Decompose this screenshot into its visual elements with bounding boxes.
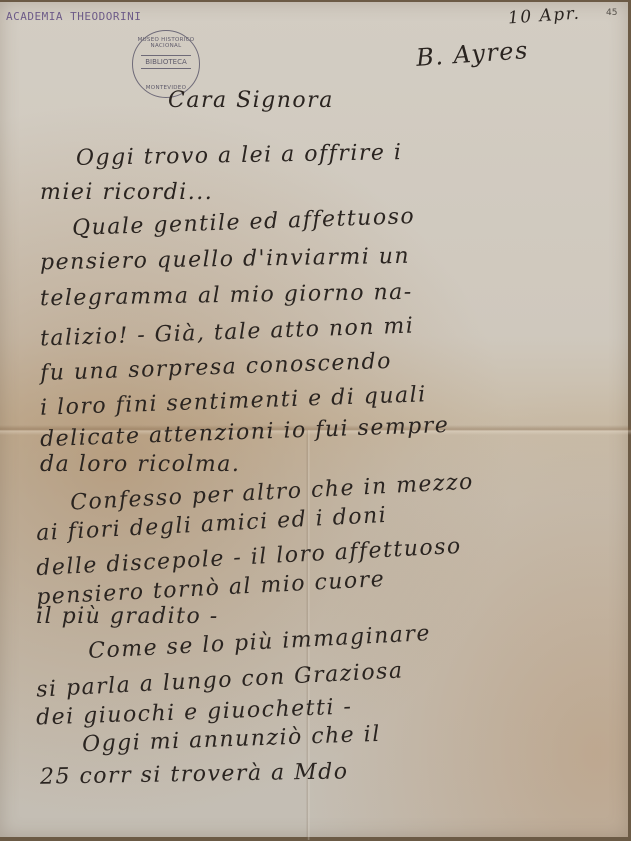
seal-center: BIBLIOTECA [141,55,191,69]
letter-line: da loro ricolma. [40,452,240,477]
seal-ring-top: MUSEO HISTORICO NACIONAL [133,37,199,49]
page-mark: 45 [606,8,617,18]
academia-stamp: ACADEMIA THEODORINI [6,10,141,23]
letter-line: miei ricordi... [40,180,213,205]
letter-line: il più gradito - [36,604,219,629]
salutation: Cara Signora [168,88,334,113]
